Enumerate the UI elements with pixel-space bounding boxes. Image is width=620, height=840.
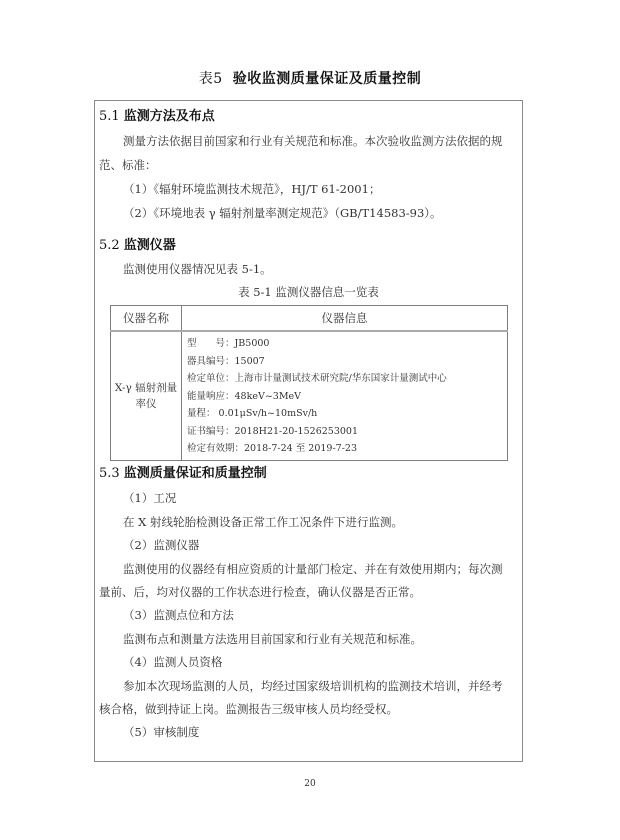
subsection-title: （1）工况 bbox=[123, 490, 176, 506]
section-5-2-heading: 5.2监测仪器 bbox=[99, 234, 176, 253]
section-number: 5.1 bbox=[99, 109, 120, 124]
paragraph: 测量方法依据目前国家和行业有关规范和标准。本次验收监测方法依据的规 bbox=[123, 133, 503, 149]
info-row: 检定单位：上海市计量测试技术研究院/华东国家计量测试中心 bbox=[187, 370, 507, 388]
info-row: 器具编号：15007 bbox=[187, 353, 507, 371]
section-5-1-heading: 5.1监测方法及布点 bbox=[99, 105, 215, 124]
section-5-3-heading: 5.3监测质量保证和质量控制 bbox=[99, 462, 267, 481]
section-title: 监测方法及布点 bbox=[124, 109, 215, 124]
paragraph: 范、标准： bbox=[99, 157, 157, 173]
paragraph: 监测布点和测量方法选用目前国家和行业有关规范和标准。 bbox=[123, 631, 422, 647]
content-frame: 5.1监测方法及布点 测量方法依据目前国家和行业有关规范和标准。本次验收监测方法… bbox=[94, 100, 523, 762]
instrument-name-line: X-γ 辐射剂量 bbox=[112, 380, 180, 396]
instrument-table: 仪器名称 仪器信息 X-γ 辐射剂量 率仪 型 号：JB5000 器具编号：15… bbox=[110, 305, 508, 461]
info-row: 量程： 0.01μSv/h~10mSv/h bbox=[187, 405, 507, 423]
section-title: 监测质量保证和质量控制 bbox=[124, 466, 267, 481]
subsection-title: （3）监测点位和方法 bbox=[123, 607, 234, 623]
section-number: 5.3 bbox=[99, 466, 120, 481]
info-row: 检定有效期：2018-7-24 至 2019-7-23 bbox=[187, 440, 507, 458]
info-row: 证书编号：2018H21-20-1526253001 bbox=[187, 423, 507, 441]
page-number: 20 bbox=[0, 779, 620, 789]
section-title: 监测仪器 bbox=[124, 238, 176, 253]
list-item: （2）《环境地表 γ 辐射剂量率测定规范》（GB/T14583-93）。 bbox=[123, 205, 442, 221]
table-number: 表5 bbox=[199, 71, 223, 87]
paragraph: 参加本次现场监测的人员，均经过国家级培训机构的监测技术培训，并经考 bbox=[123, 678, 503, 694]
subsection-title: （4）监测人员资格 bbox=[123, 654, 222, 670]
paragraph: 核合格，做到持证上岗。监测报告三级审核人员均经受权。 bbox=[99, 701, 398, 717]
section-number: 5.2 bbox=[99, 238, 120, 253]
table-title: 验收监测质量保证及质量控制 bbox=[233, 71, 422, 87]
instrument-name: X-γ 辐射剂量 率仪 bbox=[111, 331, 182, 460]
page-title: 表5验收监测质量保证及质量控制 bbox=[0, 68, 620, 88]
table-header: 仪器信息 bbox=[182, 306, 508, 332]
paragraph: 监测使用仪器情况见表 5-1。 bbox=[123, 261, 272, 277]
table-caption: 表 5-1 监测仪器信息一览表 bbox=[95, 284, 522, 300]
info-row: 型 号：JB5000 bbox=[187, 335, 507, 353]
instrument-info: 型 号：JB5000 器具编号：15007 检定单位：上海市计量测试技术研究院/… bbox=[182, 331, 508, 460]
subsection-title: （5）审核制度 bbox=[123, 724, 199, 740]
paragraph: 监测使用的仪器经有相应资质的计量部门检定、并在有效使用期内；每次测 bbox=[123, 561, 503, 577]
subsection-title: （2）监测仪器 bbox=[123, 537, 199, 553]
table-header: 仪器名称 bbox=[111, 306, 182, 332]
list-item: （1）《辐射环境监测技术规范》，HJ/T 61-2001； bbox=[123, 181, 380, 197]
info-row: 能量响应：48keV~3MeV bbox=[187, 388, 507, 406]
instrument-name-line: 率仪 bbox=[112, 396, 180, 412]
paragraph: 在 X 射线轮胎检测设备正常工作工况条件下进行监测。 bbox=[123, 514, 403, 530]
paragraph: 量前、后，均对仪器的工作状态进行检查，确认仪器是否正常。 bbox=[99, 584, 421, 600]
